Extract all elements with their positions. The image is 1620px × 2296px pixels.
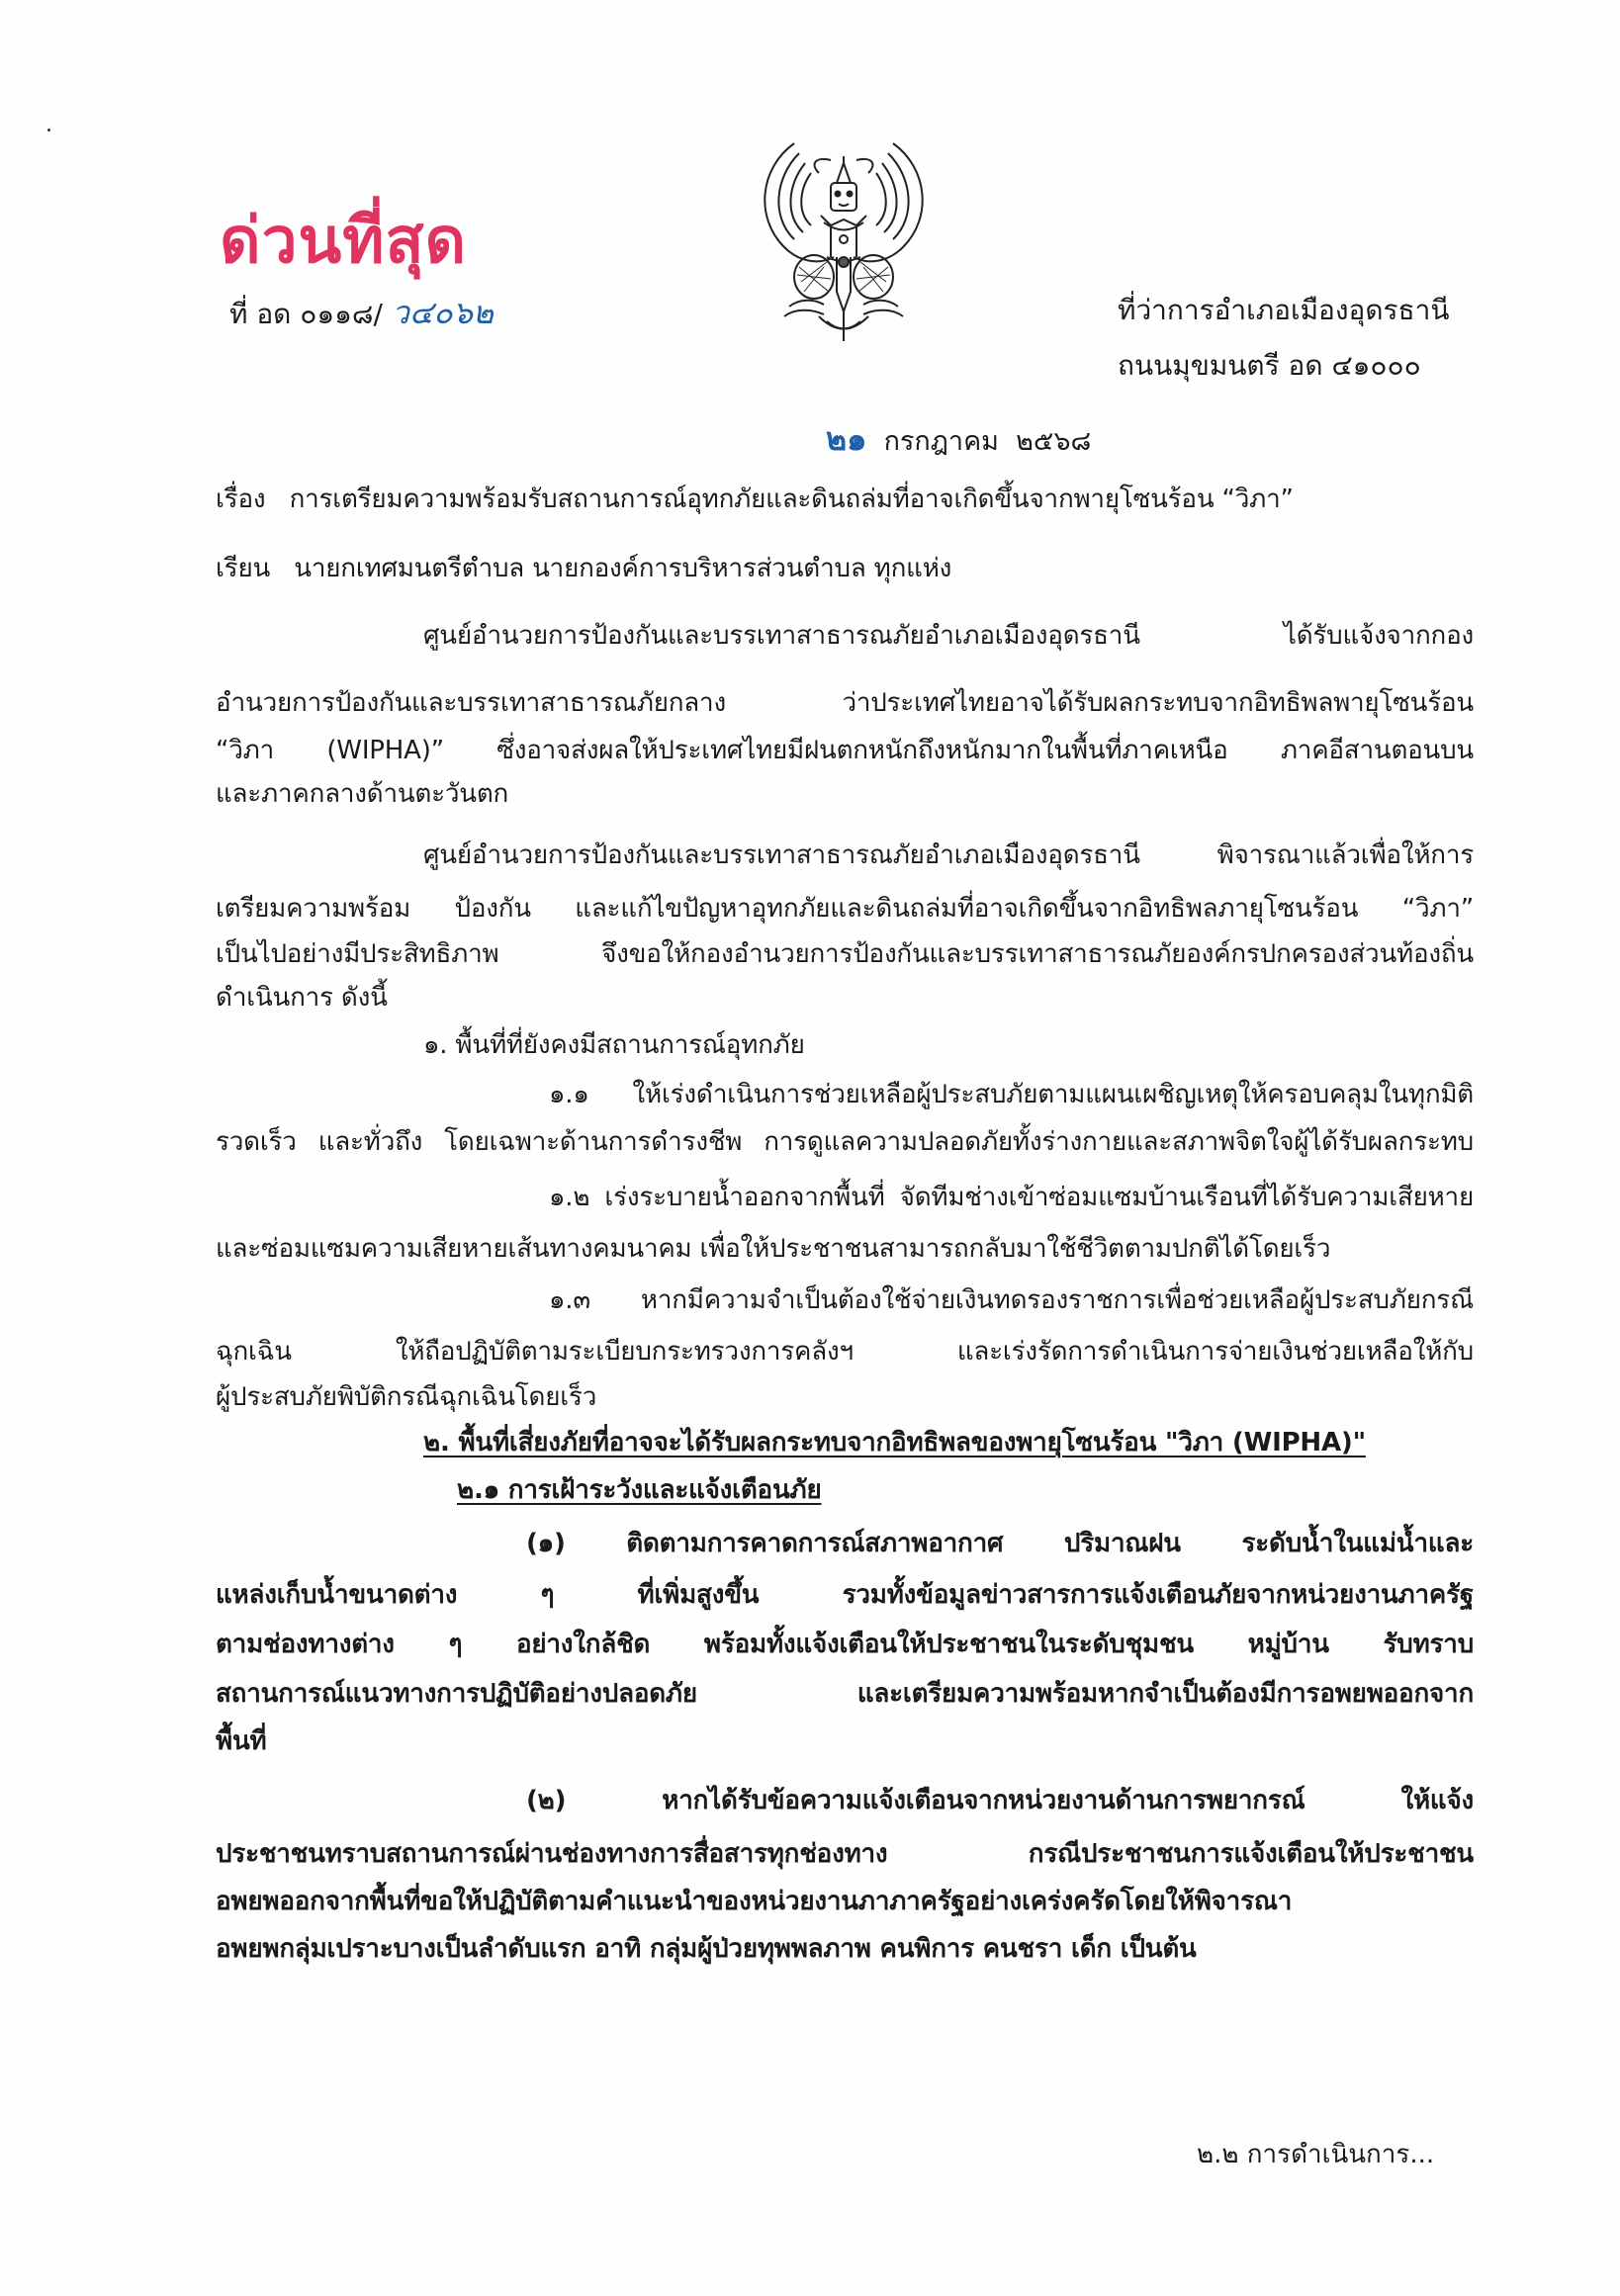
item-2-1-1-line-5: พื้นที่ bbox=[216, 1728, 266, 1754]
document-date: ๒๑ กรกฎาคม ๒๕๖๘ bbox=[826, 423, 1091, 455]
office-name: ที่ว่าการอำเภอเมืองอุดรธานี bbox=[1118, 297, 1450, 324]
item-2-1-heading: ๒.๑ การเฝ้าระวังและแจ้งเตือนภัย bbox=[457, 1477, 822, 1503]
item-1-1-line-1: ๑.๑ ให้เร่งดำเนินการช่วยเหลือผู้ประสบภัย… bbox=[549, 1082, 1474, 1107]
paragraph-1-line-2: อำนวยการป้องกันและบรรเทาสาธารณภัยกลาง ว่… bbox=[216, 690, 1474, 716]
item-2-1-1-line-2: แหล่งเก็บน้ำขนาดต่าง ๆ ที่เพิ่มสูงขึ้น ร… bbox=[216, 1582, 1474, 1608]
document-number: ที่ อด ๐๑๑๘/ ว๔๐๖๒ bbox=[229, 297, 494, 328]
paragraph-1-line-1: ศูนย์อำนวยการป้องกันและบรรเทาสาธารณภัยอำ… bbox=[423, 623, 1474, 649]
item-2-1-2-line-2: ประชาชนทราบสถานการณ์ผ่านช่องทางการสื่อสา… bbox=[216, 1841, 1474, 1867]
item-1-heading: ๑. พื้นที่ที่ยังคงมีสถานการณ์อุทกภัย bbox=[423, 1032, 805, 1058]
item-1-3-line-2: ฉุกเฉิน ให้ถือปฏิบัติตามระเบียบกระทรวงกา… bbox=[216, 1339, 1474, 1365]
office-address: ถนนมุขมนตรี อด ๔๑๐๐๐ bbox=[1118, 352, 1421, 380]
item-2-1-1-line-3: ตามช่องทางต่าง ๆ อย่างใกล้ชิด พร้อมทั้งแ… bbox=[216, 1632, 1474, 1657]
item-1-2-line-2: และซ่อมแซมความเสียหายเส้นทางคมนาคม เพื่อ… bbox=[216, 1236, 1330, 1262]
item-2-1-1-line-1: (๑) ติดตามการคาดการณ์สภาพอากาศ ปริมาณฝน … bbox=[526, 1531, 1474, 1556]
item-1-1-line-2: รวดเร็ว และทั่วถึง โดยเฉพาะด้านการดำรงชี… bbox=[216, 1129, 1474, 1155]
date-month-year: กรกฎาคม ๒๕๖๘ bbox=[884, 426, 1092, 457]
item-1-2-line-1: ๑.๒ เร่งระบายน้ำออกจากพื้นที่ จัดทีมช่าง… bbox=[549, 1185, 1474, 1210]
document-page: ด่วนที่สุด ที่ อด ๐๑๑๘/ ว๔๐๖๒ bbox=[0, 0, 1620, 2296]
item-2-1-2-line-3: อพยพออกจากพื้นที่ขอให้ปฏิบัติตามคำแนะนำข… bbox=[216, 1889, 1474, 1914]
urgency-stamp: ด่วนที่สุด bbox=[220, 210, 467, 273]
item-2-1-1-line-4: สถานการณ์แนวทางการปฏิบัติอย่างปลอดภัย แล… bbox=[216, 1681, 1474, 1707]
subject-text: การเตรียมความพร้อมรับสถานการณ์อุทกภัยและ… bbox=[290, 485, 1294, 514]
subject-label: เรื่อง bbox=[216, 485, 265, 514]
date-day-handwritten: ๒๑ bbox=[826, 420, 866, 458]
recipient-line: เรียน นายกเทศมนตรีตำบล นายกองค์การบริหาร… bbox=[216, 556, 951, 581]
recipient-text: นายกเทศมนตรีตำบล นายกองค์การบริหารส่วนตำ… bbox=[294, 554, 951, 583]
paragraph-2-line-4: ดำเนินการ ดังนี้ bbox=[216, 985, 388, 1011]
item-2-1-2-line-1: (๒) หากได้รับข้อความแจ้งเตือนจากหน่วยงาน… bbox=[526, 1788, 1474, 1813]
page-continuation: ๒.๒ การดำเนินการ... bbox=[1197, 2142, 1434, 2167]
document-number-prefix: ที่ อด ๐๑๑๘/ bbox=[229, 298, 383, 330]
scan-speck bbox=[47, 129, 50, 132]
item-2-1-2-line-4: อพยพกลุ่มเปราะบางเป็นลำดับแรก อาทิ กลุ่ม… bbox=[216, 1936, 1197, 1962]
item-2-heading: ๒. พื้นที่เสี่ยงภัยที่อาจจะได้รับผลกระทบ… bbox=[423, 1430, 1366, 1456]
item-1-3-line-3: ผู้ประสบภัยพิบัติกรณีฉุกเฉินโดยเร็ว bbox=[216, 1384, 596, 1410]
paragraph-1-line-3: “วิภา (WIPHA)” ซึ่งอาจส่งผลให้ประเทศไทยม… bbox=[216, 738, 1474, 763]
paragraph-2-line-1: ศูนย์อำนวยการป้องกันและบรรเทาสาธารณภัยอำ… bbox=[423, 842, 1474, 868]
garuda-emblem-icon bbox=[740, 129, 947, 346]
subject-line: เรื่อง การเตรียมความพร้อมรับสถานการณ์อุท… bbox=[216, 486, 1294, 512]
document-number-handwritten: ว๔๐๖๒ bbox=[392, 294, 494, 331]
paragraph-2-line-2: เตรียมความพร้อม ป้องกัน และแก้ไขปัญหาอุท… bbox=[216, 896, 1474, 922]
paragraph-1-line-4: และภาคกลางด้านตะวันตก bbox=[216, 781, 508, 807]
recipient-label: เรียน bbox=[216, 554, 270, 583]
paragraph-2-line-3: เป็นไปอย่างมีประสิทธิภาพ จึงขอให้กองอำนว… bbox=[216, 941, 1474, 967]
item-1-3-line-1: ๑.๓ หากมีความจำเป็นต้องใช้จ่ายเงินทดรองร… bbox=[549, 1287, 1474, 1313]
